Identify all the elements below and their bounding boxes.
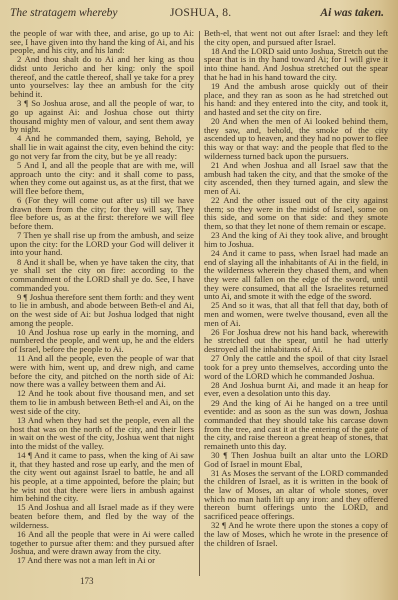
verse-21: 21 And when Joshua and all Israel saw th… xyxy=(204,161,388,196)
verse-30: 30 ¶ Then Joshua built an altar unto the… xyxy=(204,451,388,468)
verse-23: 23 And the king of Ai they took alive, a… xyxy=(204,231,388,248)
verse-6: 6 (For they will come out after us) till… xyxy=(10,196,194,231)
verse-16: 16 And all the people that were in Ai we… xyxy=(10,530,194,556)
verse-2: 2 And thou shalt do to Ai and her king a… xyxy=(10,55,194,98)
verse-continuation: the people of war with thee, and arise, … xyxy=(10,29,194,55)
right-running-title: Ai was taken. xyxy=(320,7,384,19)
verse-20: 20 And when the men of Ai looked behind … xyxy=(204,117,388,160)
verse-17: 17 And there was not a man left in Ai or xyxy=(10,556,194,565)
verse-4: 4 And he commanded them, saying, Behold,… xyxy=(10,134,194,160)
verse-14: 14 ¶ And it came to pass, when the king … xyxy=(10,451,194,503)
verse-3: 3 ¶ So Joshua arose, and all the people … xyxy=(10,99,194,134)
verse-25: 25 And so it was, that all that fell tha… xyxy=(204,301,388,327)
verse-13: 13 And when they had set the people, eve… xyxy=(10,416,194,451)
verse-8: 8 And it shall be, when ye have taken th… xyxy=(10,258,194,293)
verse-5: 5 And I, and all the people that are wit… xyxy=(10,161,194,196)
page-number: 173 xyxy=(80,576,94,586)
verse-32: 32 ¶ And he wrote there upon the stones … xyxy=(204,521,388,547)
verse-7: 7 Then ye shall rise up from the ambush,… xyxy=(10,231,194,257)
verse-11: 11 And all the people, even the people o… xyxy=(10,354,194,389)
verse-24: 24 And it came to pass, when Israel had … xyxy=(204,249,388,301)
scanned-bible-page: The stratagem whereby JOSHUA, 8. Ai was … xyxy=(0,0,398,600)
verse-22: 22 And the other issued out of the city … xyxy=(204,196,388,231)
left-running-title: The stratagem whereby xyxy=(10,7,118,19)
book-chapter-title: JOSHUA, 8. xyxy=(170,7,231,19)
verse-9: 9 ¶ Joshua therefore sent them forth: an… xyxy=(10,293,194,328)
verse-28: 28 And Joshua burnt Ai, and made it an h… xyxy=(204,381,388,398)
verse-19: 19 And the ambush arose quickly out of t… xyxy=(204,82,388,117)
verse-29: 29 And the king of Ai he hanged on a tre… xyxy=(204,399,388,451)
verse-31: 31 As Moses the servant of the LORD comm… xyxy=(204,469,388,521)
verse-10: 10 And Joshua rose up early in the morni… xyxy=(10,328,194,354)
text-columns: the people of war with thee, and arise, … xyxy=(10,29,386,589)
verse-15: 15 And Joshua and all Israel made as if … xyxy=(10,503,194,529)
verse-27: 27 Only the cattle and the spoil of that… xyxy=(204,354,388,380)
verse-26: 26 For Joshua drew not his hand back, wh… xyxy=(204,328,388,354)
verse-continuation: Beth-el, that went not out after Israel:… xyxy=(204,29,388,46)
verse-18: 18 And the LORD said unto Joshua, Stretc… xyxy=(204,47,388,82)
running-header: The stratagem whereby JOSHUA, 8. Ai was … xyxy=(10,7,386,23)
column-divider xyxy=(199,31,200,576)
verse-12: 12 And he took about five thousand men, … xyxy=(10,389,194,415)
left-column: the people of war with thee, and arise, … xyxy=(10,29,194,566)
right-column: Beth-el, that went not out after Israel:… xyxy=(204,29,388,548)
